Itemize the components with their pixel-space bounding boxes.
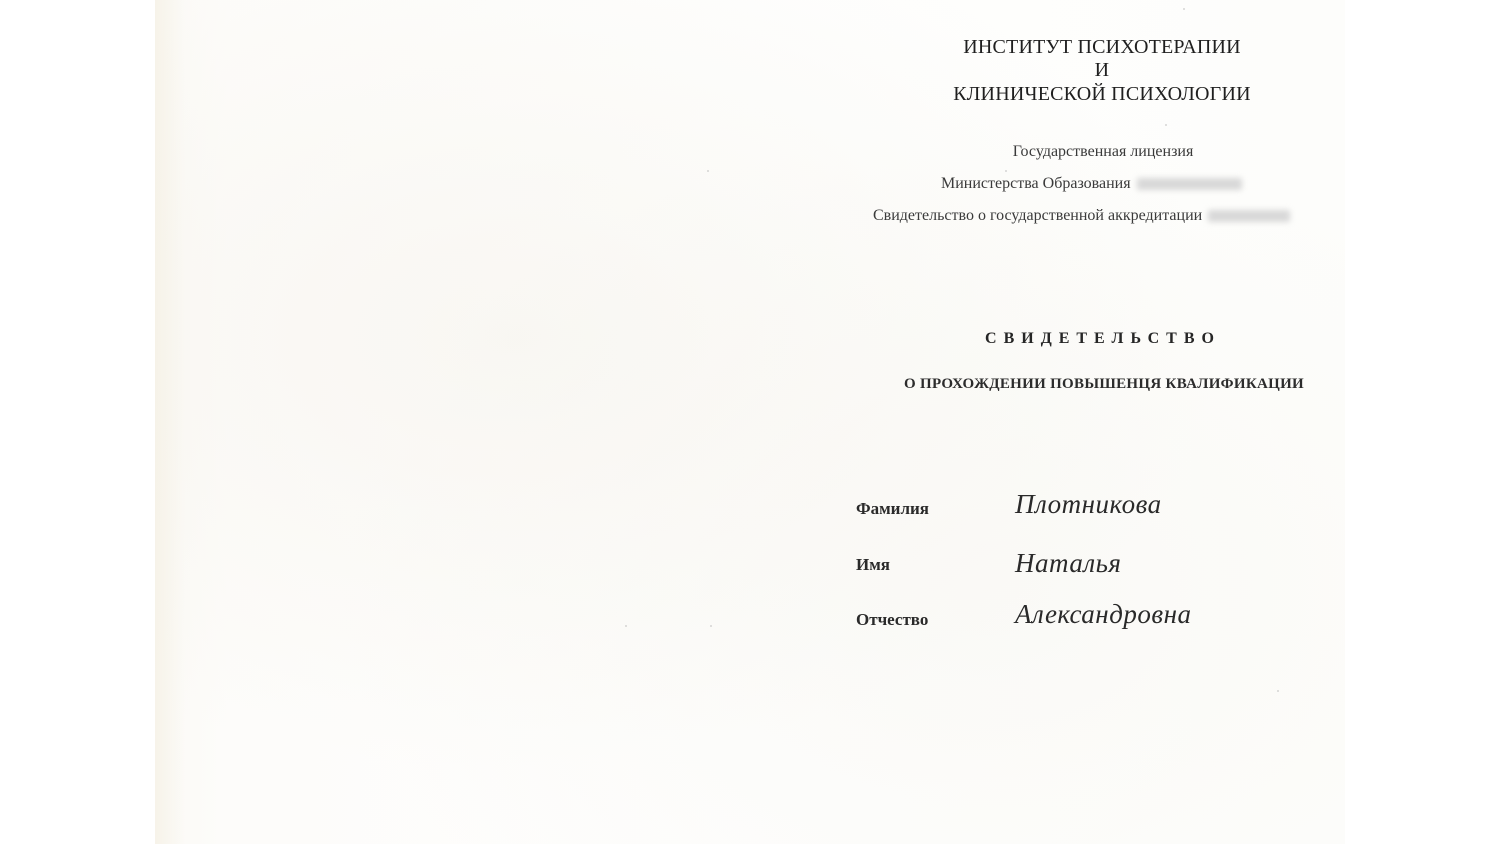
scan-speck [1277,690,1279,692]
ministry-license-number-redacted [1137,178,1242,190]
accreditation-line: Свидетельство о государственной аккредит… [873,207,1290,225]
field-value-surname: Плотникова [1015,489,1162,520]
institute-name-line-2: И [1095,59,1110,82]
institute-name-line-3: КЛИНИЧЕСКОЙ ПСИХОЛОГИИ [953,83,1250,106]
accreditation-number-redacted [1208,210,1290,222]
field-label-first-name: Имя [856,555,890,575]
certificate-subtitle: О ПРОХОЖДЕНИИ ПОВЫШЕНЦЯ КВАЛИФИКАЦИИ [904,376,1304,393]
accreditation-text: Свидетельство о государственной аккредит… [873,207,1202,224]
scan-speck [707,170,709,172]
ministry-line: Министерства Образования [941,175,1242,193]
certificate-title: СВИДЕТЕЛЬСТВО [985,330,1221,348]
scan-speck [710,625,712,627]
scan-speck [1165,124,1167,126]
field-value-patronymic: Александровна [1015,599,1191,630]
institute-name-line-1: ИНСТИТУТ ПСИХОТЕРАПИИ [963,36,1241,59]
scan-speck [625,625,627,627]
field-label-patronymic: Отчество [856,610,928,630]
field-value-first-name: Наталья [1015,548,1121,579]
field-label-surname: Фамилия [856,499,929,519]
scan-speck [1005,170,1007,172]
ministry-text: Министерства Образования [941,175,1131,192]
certificate-page: ИНСТИТУТ ПСИХОТЕРАПИИ И КЛИНИЧЕСКОЙ ПСИХ… [155,0,1345,844]
license-line: Государственная лицензия [1013,143,1194,161]
scan-speck [1183,8,1185,10]
